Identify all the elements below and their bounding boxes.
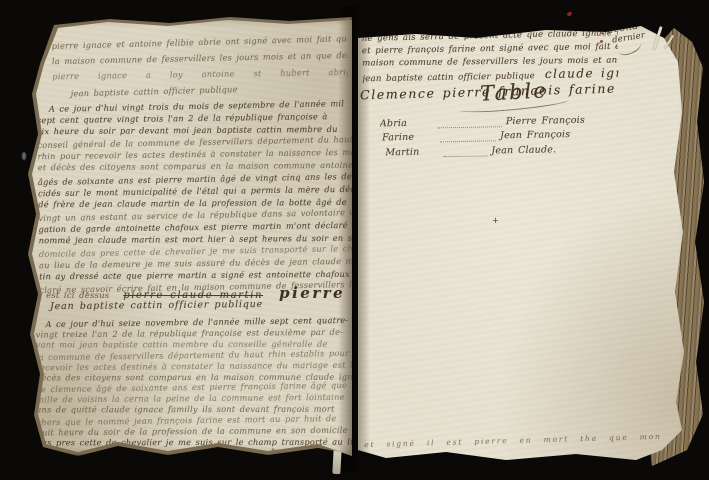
surname-cell: Farine xyxy=(382,131,436,143)
surname-cell: Abria xyxy=(380,117,434,129)
right-page: né gens ais serra de present acte que cl… xyxy=(356,22,704,470)
dotted-leader xyxy=(440,132,496,142)
line-lead-text: est ici dessus xyxy=(46,291,109,301)
red-wax-speck xyxy=(567,11,573,16)
right-page-paper: né gens ais serra de present acte que cl… xyxy=(356,22,704,470)
surname-cell: Martin xyxy=(385,146,439,158)
given-name-cell: Jean François xyxy=(500,129,570,141)
left-page-paper: pierre ignace et antoine felibie abrie o… xyxy=(18,14,352,456)
first-act-paragraph: A ce jour d'hui vingt trois du mois de s… xyxy=(37,98,356,296)
ink-stain xyxy=(22,152,26,160)
cross-mark: + xyxy=(492,216,499,225)
dotted-leader xyxy=(438,118,502,128)
second-act-paragraph: A ce jour d'hui seize novembre de l'anné… xyxy=(35,316,354,461)
faint-bottom-line: et signé il est pierre en mort tha que m… xyxy=(364,432,660,449)
left-page: pierre ignace et antoine felibie abrie o… xyxy=(18,14,352,456)
given-name-cell: Jean Claude. xyxy=(491,144,556,156)
dotted-leader xyxy=(443,147,487,157)
officer-signature-line: Jean baptiste cattin officier publique xyxy=(50,299,263,312)
margin-note: Second et dernier xyxy=(600,18,658,58)
large-script-correction: pierre marti xyxy=(279,284,352,302)
given-name-cell: Pierre François xyxy=(506,114,585,126)
manuscript-scan: pierre ignace et antoine felibie abrie o… xyxy=(0,0,709,480)
left-signature-block: pierre ignace et antoine felibie abrie o… xyxy=(51,31,348,101)
name-index-table: Abria Pierre François Farine Jean Franço… xyxy=(380,110,651,158)
